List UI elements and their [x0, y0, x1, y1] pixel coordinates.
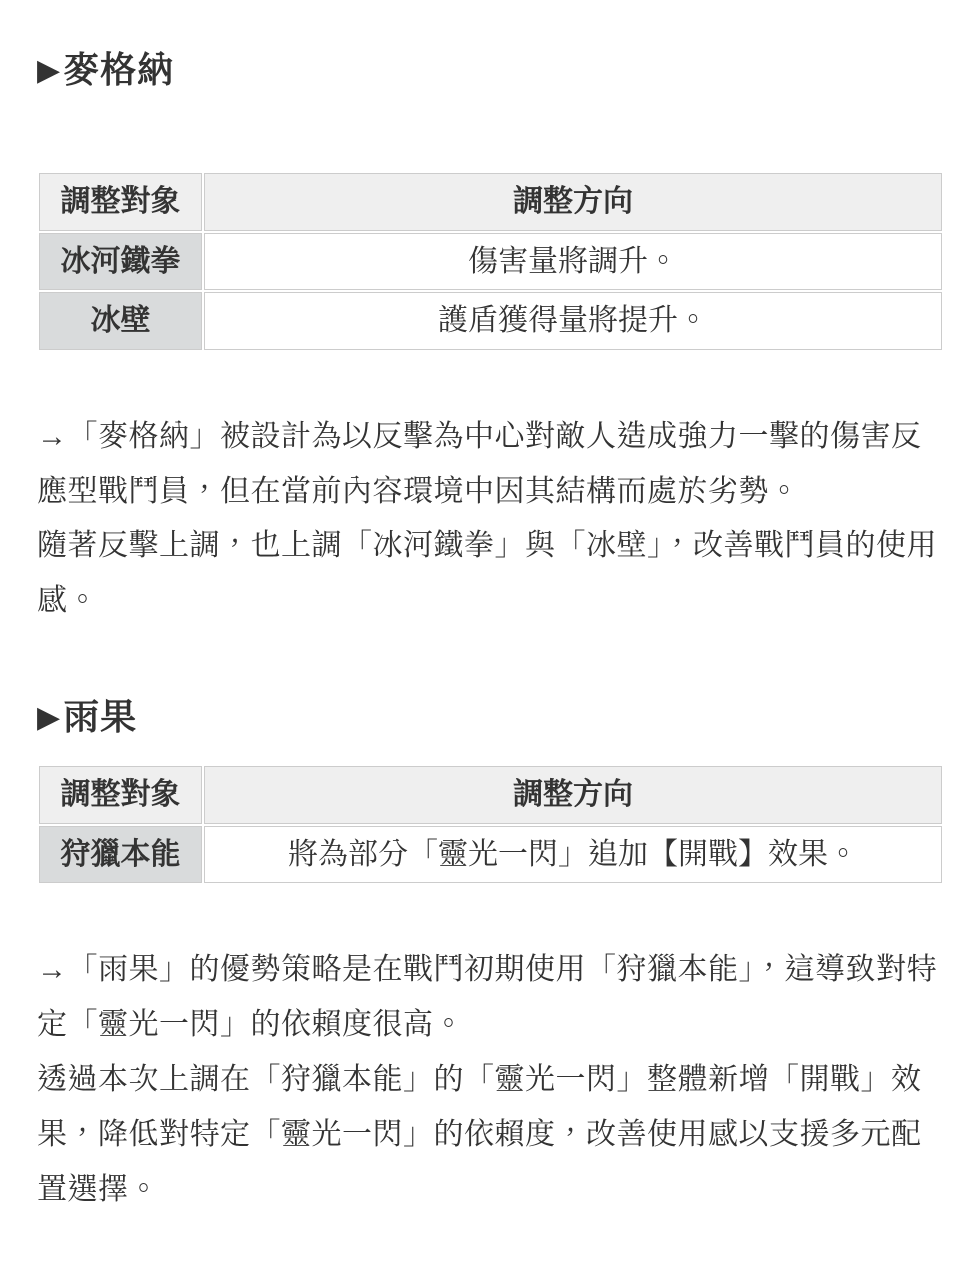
column-header-direction: 調整方向 — [204, 173, 942, 231]
skill-name-cell: 冰河鐵拳 — [39, 233, 202, 291]
paragraph-line: →「麥格納」被設計為以反擊為中心對敵人造成強力一擊的傷害反應型戰鬥員，但在當前內… — [37, 410, 942, 520]
paragraph-line: →「雨果」的優勢策略是在戰鬥初期使用「狩獵本能」，這導致對特定「靈光一閃」的依賴… — [37, 943, 942, 1053]
triangle-bullet-icon: ▶ — [37, 701, 61, 734]
adjustment-direction-cell: 將為部分「靈光一閃」追加【開戰】效果。 — [204, 826, 942, 884]
table-row: 冰壁 護盾獲得量將提升。 — [39, 292, 942, 350]
adjustment-table-hugo: 調整對象 調整方向 狩獵本能 將為部分「靈光一閃」追加【開戰】效果。 — [37, 764, 944, 885]
table-header-row: 調整對象 調整方向 — [39, 173, 942, 231]
section-title: 雨果 — [63, 696, 137, 737]
skill-name-cell: 冰壁 — [39, 292, 202, 350]
paragraph-line: 透過本次上調在「狩獵本能」的「靈光一閃」整體新增「開戰」效果，降低對特定「靈光一… — [37, 1053, 942, 1218]
explanation-paragraph-hugo: →「雨果」的優勢策略是在戰鬥初期使用「狩獵本能」，這導致對特定「靈光一閃」的依賴… — [37, 943, 942, 1217]
section-title: 麥格納 — [63, 49, 174, 90]
skill-name-cell: 狩獵本能 — [39, 826, 202, 884]
adjustment-direction-cell: 護盾獲得量將提升。 — [204, 292, 942, 350]
adjustment-table-magna: 調整對象 調整方向 冰河鐵拳 傷害量將調升。 冰壁 護盾獲得量將提升。 — [37, 171, 944, 352]
table-row: 冰河鐵拳 傷害量將調升。 — [39, 233, 942, 291]
column-header-target: 調整對象 — [39, 173, 202, 231]
paragraph-line: 隨著反擊上調，也上調「冰河鐵拳」與「冰壁」，改善戰鬥員的使用感。 — [37, 519, 942, 629]
section-heading-magna: ▶麥格納 — [37, 48, 942, 91]
section-heading-hugo: ▶雨果 — [37, 695, 942, 738]
patch-notes-document: ▶麥格納 調整對象 調整方向 冰河鐵拳 傷害量將調升。 冰壁 護盾獲得量將提升。… — [0, 0, 979, 1258]
column-header-target: 調整對象 — [39, 766, 202, 824]
table-row: 狩獵本能 將為部分「靈光一閃」追加【開戰】效果。 — [39, 826, 942, 884]
triangle-bullet-icon: ▶ — [37, 54, 61, 87]
adjustment-direction-cell: 傷害量將調升。 — [204, 233, 942, 291]
column-header-direction: 調整方向 — [204, 766, 942, 824]
explanation-paragraph-magna: →「麥格納」被設計為以反擊為中心對敵人造成強力一擊的傷害反應型戰鬥員，但在當前內… — [37, 410, 942, 630]
table-header-row: 調整對象 調整方向 — [39, 766, 942, 824]
